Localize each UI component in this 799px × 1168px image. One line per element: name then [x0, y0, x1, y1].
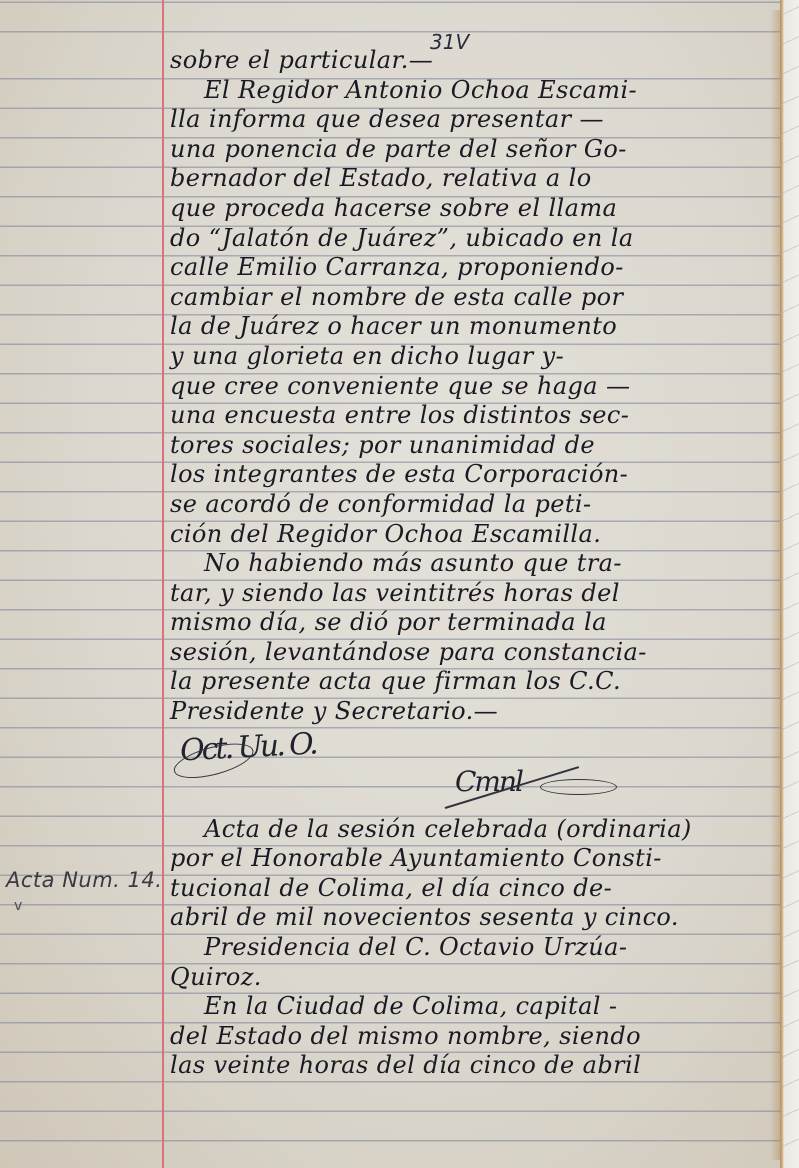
text-line: Presidente y Secretario.—	[170, 697, 770, 727]
text-line: Acta de la sesión celebrada (ordinaria)	[170, 815, 770, 845]
text-line: bernador del Estado, relativa a lo	[170, 164, 770, 194]
text-line: mismo día, se dió por terminada la	[170, 608, 770, 638]
edge-stain	[770, 10, 780, 1160]
margin-note-mark: v	[14, 898, 22, 914]
text-line: cambiar el nombre de esta calle por	[170, 283, 770, 313]
ledger-page: 31V Acta Num. 14. v sobre el particular.…	[0, 0, 780, 1168]
text-line: las veinte horas del día cinco de abril	[170, 1051, 770, 1081]
text-line: por el Honorable Ayuntamiento Consti-	[170, 844, 770, 874]
page-edge	[780, 0, 799, 1168]
text-line: El Regidor Antonio Ochoa Escami-	[170, 76, 770, 106]
text-line: abril de mil novecientos sesenta y cinco…	[170, 903, 770, 933]
text-line: En la Ciudad de Colima, capital -	[170, 992, 770, 1022]
text-line: Presidencia del C. Octavio Urzúa-	[170, 933, 770, 963]
text-line: una encuesta entre los distintos sec-	[170, 401, 770, 431]
text-line: sesión, levantándose para constancia-	[170, 638, 770, 668]
text-line: sobre el particular.—	[170, 46, 770, 76]
text-line: Quiroz.	[170, 963, 770, 993]
secretary-signature: Cmnl	[455, 767, 522, 797]
handwritten-body: sobre el particular.— El Regidor Antonio…	[170, 46, 770, 1081]
text-line: la de Juárez o hacer un monumento	[170, 312, 770, 342]
text-line: lla informa que desea presentar —	[170, 105, 770, 135]
red-margin-line	[162, 0, 164, 1168]
text-line: do “Jalatón de Juárez”, ubicado en la	[170, 224, 770, 254]
margin-note-acta-number: Acta Num. 14.	[6, 868, 162, 892]
text-line: una ponencia de parte del señor Go-	[170, 135, 770, 165]
text-line: del Estado del mismo nombre, siendo	[170, 1022, 770, 1052]
text-line: ción del Regidor Ochoa Escamilla.	[170, 520, 770, 550]
text-line: se acordó de conformidad la peti-	[170, 490, 770, 520]
text-line: y una glorieta en dicho lugar y-	[170, 342, 770, 372]
text-line: que proceda hacerse sobre el llama	[170, 194, 770, 224]
text-line: la presente acta que firman los C.C.	[170, 667, 770, 697]
text-line: que cree conveniente que se haga —	[170, 372, 770, 402]
text-line: calle Emilio Carranza, proponiendo-	[170, 253, 770, 283]
text-line: tar, y siendo las veintitrés horas del	[170, 579, 770, 609]
signature-block: Oct. Uu. O. Cmnl	[170, 727, 770, 815]
text-line: tucional de Colima, el día cinco de-	[170, 874, 770, 904]
text-line: los integrantes de esta Corporación-	[170, 460, 770, 490]
president-signature: Oct. Uu. O.	[179, 729, 316, 766]
text-line: tores sociales; por unanimidad de	[170, 431, 770, 461]
text-line: No habiendo más asunto que tra-	[170, 549, 770, 579]
